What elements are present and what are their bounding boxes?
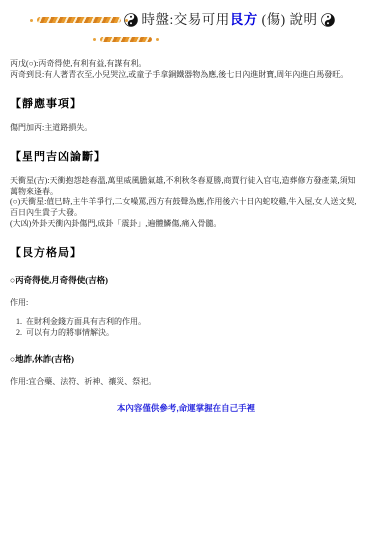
- star-gate-line-1: 天衝星(吉):天衝抱怨趁春溫,萬里威風膽氣雄,不利秋冬春夏勝,商賈行徒入官屯,造…: [10, 176, 362, 198]
- intro-line-1: 丙戊(○):丙奇得使,有利有益,有謀有利。: [10, 59, 362, 70]
- pattern-subheading-2: ○地詐,休詐(吉格): [10, 353, 362, 365]
- action-list-item: 在財利金錢方面具有吉利的作用。: [24, 317, 362, 328]
- intro-paragraphs: 丙戊(○):丙奇得使,有利有益,有謀有利。 丙奇到艮:有人著青衣至,小兒哭泣,或…: [10, 59, 362, 81]
- action-list: 在財利金錢方面具有吉利的作用。 可以有力的將事情解決。: [24, 317, 362, 340]
- star-gate-paragraph: 天衝星(吉):天衝抱怨趁春溫,萬里威風膽氣雄,不利秋冬春夏勝,商賈行徒入官屯,造…: [10, 176, 362, 230]
- star-gate-line-2: (○)天衝星:值巳時,主牛羊爭行,二女噪罵,西方有鼓聲為應,作用後六十日內蛇咬雞…: [10, 197, 362, 219]
- rope-divider-icon: [100, 37, 152, 42]
- action-list-item: 可以有力的將事情解決。: [24, 328, 362, 339]
- page-title-post: (傷) 說明: [258, 12, 318, 27]
- pattern-2-body: 作用:宜合藥、法符、祈神、禳災、祭祀。: [10, 377, 362, 388]
- page-header: 時盤:交易可用艮方 (傷) 說明: [10, 13, 362, 47]
- action-label: 作用:: [10, 298, 362, 309]
- rope-underline-wrap: [10, 30, 242, 48]
- document-page: 時盤:交易可用艮方 (傷) 說明 丙戊(○):丙奇得使,有利有益,有謀有利。 丙…: [0, 0, 372, 414]
- page-title-pre: 時盤:交易可用: [141, 12, 229, 27]
- star-gate-line-3: (大凶)外卦天衝內卦傷門,成卦「震卦」,遍體鱗傷,痛入骨髓。: [10, 219, 362, 230]
- pattern-subheading-1: ○丙奇得使,月奇得使(吉格): [10, 274, 362, 286]
- section-heading-static-response: 【靜應事項】: [10, 95, 362, 111]
- yin-yang-icon: [321, 13, 335, 27]
- static-response-body: 傷門加丙:主道路損失。: [10, 123, 362, 134]
- title-line: 時盤:交易可用艮方 (傷) 說明: [10, 13, 362, 28]
- section-heading-gen-pattern: 【艮方格局】: [10, 244, 362, 260]
- page-title: 時盤:交易可用艮方 (傷) 說明: [141, 13, 317, 28]
- disclaimer-text: 本內容僅供參考,命運掌握在自己手裡: [10, 402, 362, 414]
- section-heading-star-gate-judgement: 【星門吉凶論斷】: [10, 148, 362, 164]
- intro-line-2: 丙奇到艮:有人著青衣至,小兒哭泣,或童子手拿銅鐵器物為應,後七日內進財寶,周年內…: [10, 70, 362, 81]
- rope-divider-icon: [37, 17, 121, 23]
- page-title-accent: 艮方: [230, 12, 258, 27]
